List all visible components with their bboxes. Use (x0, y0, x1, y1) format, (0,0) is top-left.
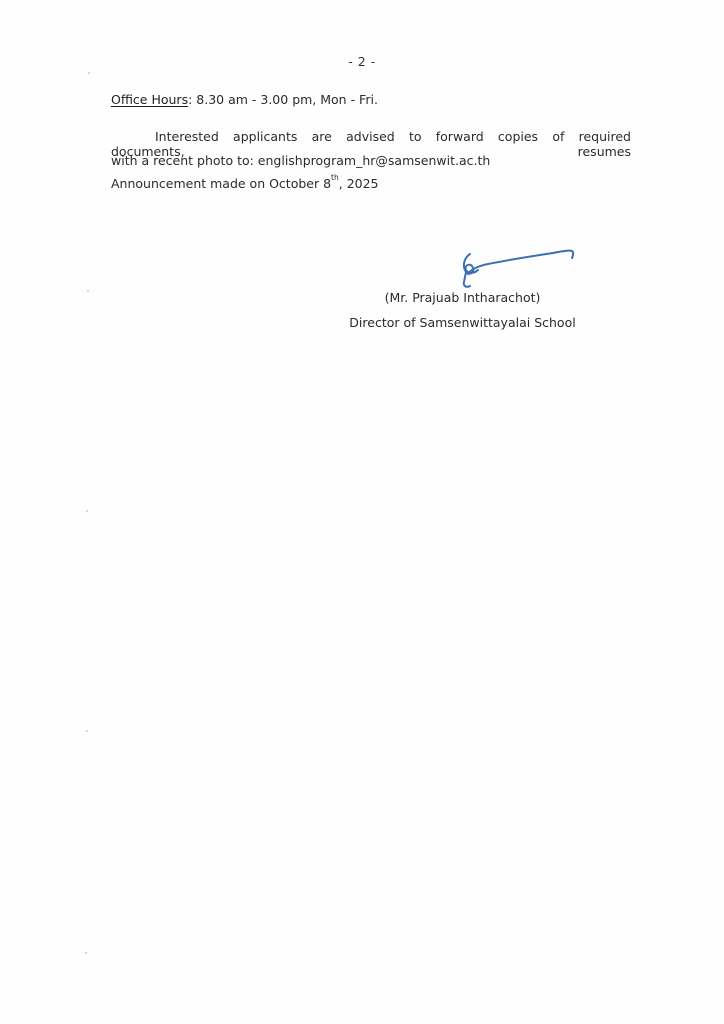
announcement-year: , 2025 (339, 176, 379, 191)
scan-speck (86, 730, 88, 732)
signatory-name: (Mr. Prajuab Intharachot) (330, 290, 595, 305)
ordinal-suffix: th (331, 173, 339, 182)
application-instructions-line2: with a recent photo to: englishprogram_h… (111, 153, 490, 168)
office-hours-line: Office Hours: 8.30 am - 3.00 pm, Mon - F… (111, 92, 378, 107)
announcement-date: Announcement made on October 8th, 2025 (111, 176, 379, 191)
announcement-prefix: Announcement made on October 8 (111, 176, 331, 191)
signature-icon (448, 242, 578, 294)
scan-speck (85, 952, 87, 954)
signatory-title: Director of Samsenwittayalai School (330, 315, 595, 330)
document-page: - 2 - Office Hours: 8.30 am - 3.00 pm, M… (0, 0, 724, 1024)
page-number: - 2 - (0, 54, 724, 69)
scan-speck (87, 290, 89, 292)
office-hours-label: Office Hours (111, 92, 188, 107)
scan-speck (88, 72, 90, 74)
office-hours-value: 8.30 am - 3.00 pm, Mon - Fri. (192, 92, 378, 107)
scan-speck (86, 510, 88, 512)
